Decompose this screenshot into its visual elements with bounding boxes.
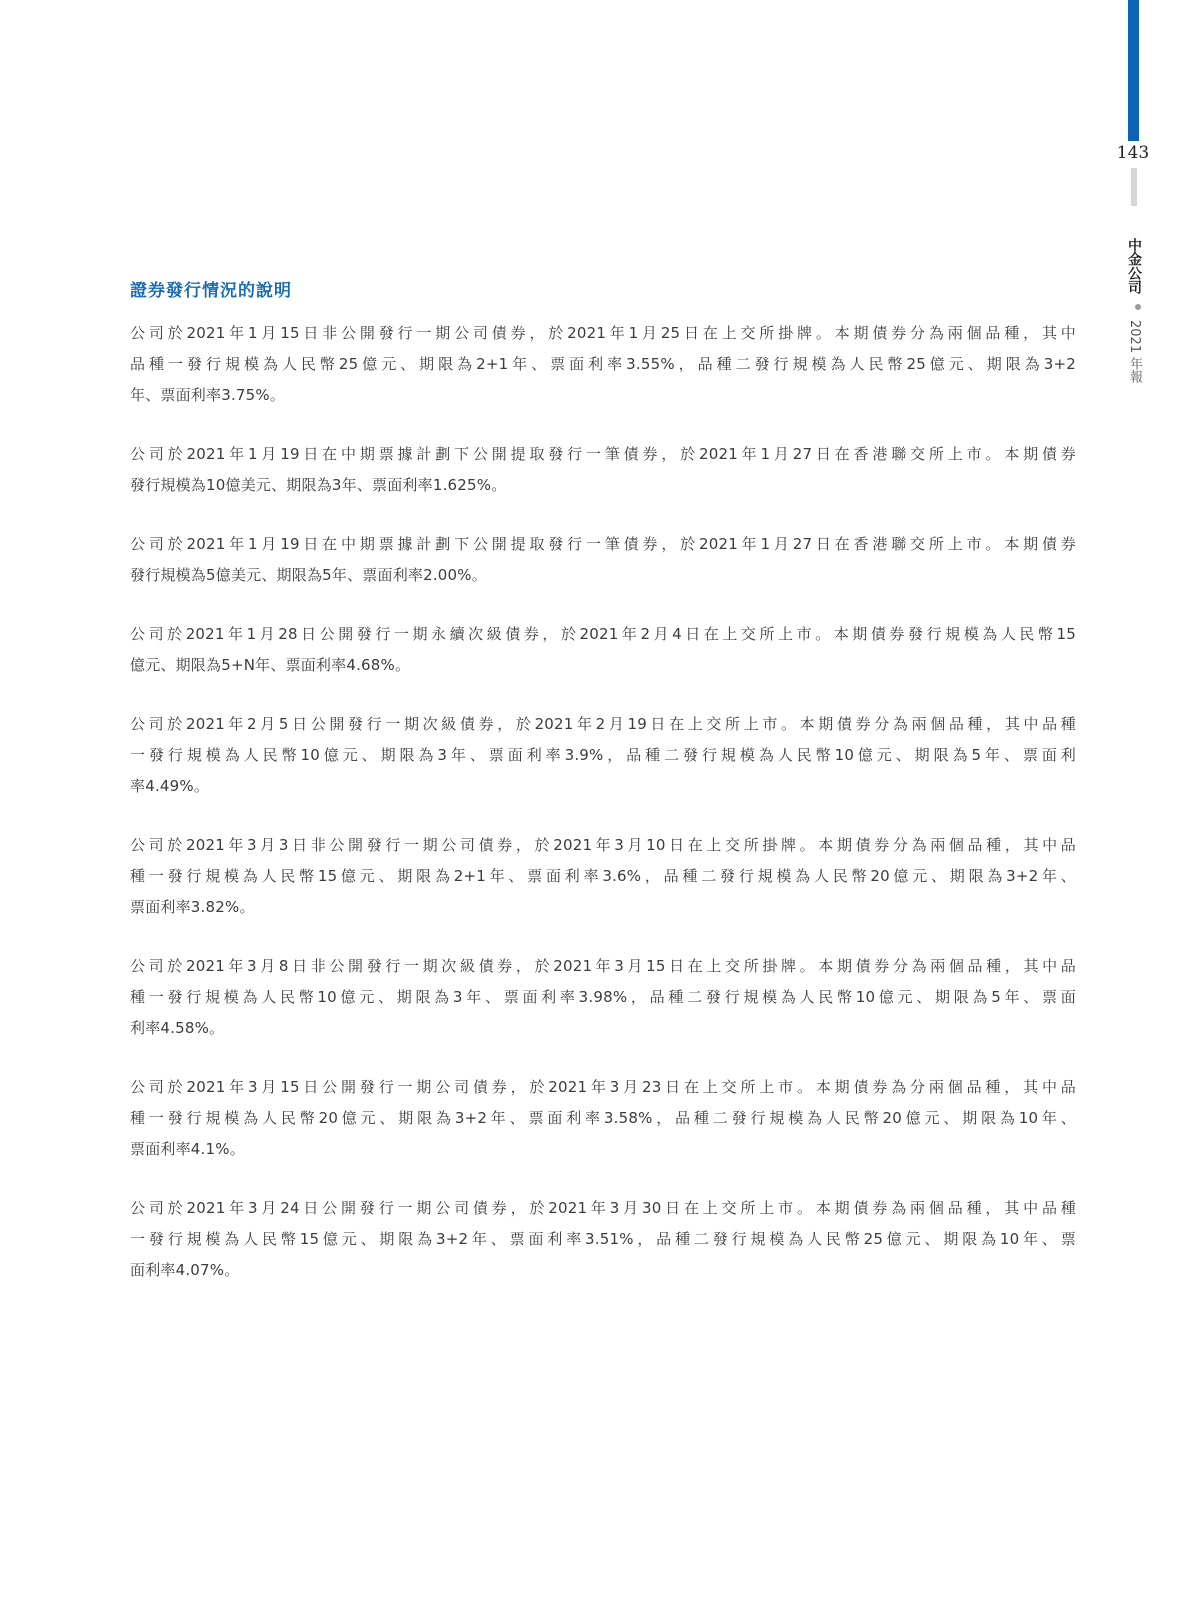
- paragraph-5: 公司於2021年2月5日公開發行一期次級債券，於2021年2月19日在上交所上市…: [130, 709, 1076, 802]
- paragraph-1: 公司於2021年1月15日非公開發行一期公司債券，於2021年1月25日在上交所…: [130, 318, 1076, 411]
- paragraph-line: 公司於2021年2月5日公開發行一期次級債券，於2021年2月19日在上交所上市…: [130, 709, 1076, 740]
- paragraph-line: 票面利率3.82%。: [130, 892, 1076, 923]
- paragraph-line: 公司於2021年3月15日公開發行一期公司債券，於2021年3月23日在上交所上…: [130, 1072, 1076, 1103]
- report-year: 2021 年報: [1127, 320, 1142, 383]
- paragraph-7: 公司於2021年3月8日非公開發行一期次級債券，於2021年3月15日在上交所掛…: [130, 951, 1076, 1044]
- section-heading: 證券發行情況的說明: [130, 278, 1076, 304]
- paragraph-line: 公司於2021年3月24日公開發行一期公司債券，於2021年3月30日在上交所上…: [130, 1193, 1076, 1224]
- paragraph-line: 種一發行規模為人民幣10億元、期限為3年、票面利率3.98%，品種二發行規模為人…: [130, 982, 1076, 1013]
- company-name: 中金公司: [1126, 238, 1142, 294]
- paragraph-line: 公司於2021年1月19日在中期票據計劃下公開提取發行一筆債券，於2021年1月…: [130, 439, 1076, 470]
- paragraph-line: 億元、期限為5+N年、票面利率4.68%。: [130, 650, 1076, 681]
- paragraph-line: 一發行規模為人民幣10億元、期限為3年、票面利率3.9%，品種二發行規模為人民幣…: [130, 740, 1076, 771]
- paragraph-line: 品種一發行規模為人民幣25億元、期限為2+1年、票面利率3.55%，品種二發行規…: [130, 349, 1076, 380]
- main-content: 證券發行情況的說明 公司於2021年1月15日非公開發行一期公司債券，於2021…: [130, 278, 1076, 1314]
- paragraph-9: 公司於2021年3月24日公開發行一期公司債券，於2021年3月30日在上交所上…: [130, 1193, 1076, 1286]
- paragraph-3: 公司於2021年1月19日在中期票據計劃下公開提取發行一筆債券，於2021年1月…: [130, 529, 1076, 591]
- running-head: 中金公司2021 年報: [1123, 238, 1145, 383]
- paragraph-line: 公司於2021年3月8日非公開發行一期次級債券，於2021年3月15日在上交所掛…: [130, 951, 1076, 982]
- paragraph-line: 年、票面利率3.75%。: [130, 380, 1076, 411]
- paragraph-line: 利率4.58%。: [130, 1013, 1076, 1044]
- paragraph-line: 發行規模為10億美元、期限為3年、票面利率1.625%。: [130, 470, 1076, 501]
- paragraph-line: 種一發行規模為人民幣20億元、期限為3+2年、票面利率3.58%，品種二發行規模…: [130, 1103, 1076, 1134]
- paragraph-2: 公司於2021年1月19日在中期票據計劃下公開提取發行一筆債券，於2021年1月…: [130, 439, 1076, 501]
- paragraph-line: 票面利率4.1%。: [130, 1134, 1076, 1165]
- paragraph-line: 種一發行規模為人民幣15億元、期限為2+1年、票面利率3.6%，品種二發行規模為…: [130, 861, 1076, 892]
- paragraph-8: 公司於2021年3月15日公開發行一期公司債券，於2021年3月23日在上交所上…: [130, 1072, 1076, 1165]
- paragraph-line: 公司於2021年3月3日非公開發行一期公司債券，於2021年3月10日在上交所掛…: [130, 830, 1076, 861]
- paragraph-4: 公司於2021年1月28日公開發行一期永續次級債券，於2021年2月4日在上交所…: [130, 619, 1076, 681]
- paragraph-line: 一發行規模為人民幣15億元、期限為3+2年、票面利率3.51%，品種二發行規模為…: [130, 1224, 1076, 1255]
- bullet-dot-icon: [1135, 304, 1141, 310]
- paragraph-line: 面利率4.07%。: [130, 1255, 1076, 1286]
- page-number: 143: [1104, 143, 1162, 163]
- paragraph-6: 公司於2021年3月3日非公開發行一期公司債券，於2021年3月10日在上交所掛…: [130, 830, 1076, 923]
- paragraph-line: 公司於2021年1月28日公開發行一期永續次級債券，於2021年2月4日在上交所…: [130, 619, 1076, 650]
- paragraph-line: 公司於2021年1月15日非公開發行一期公司債券，於2021年1月25日在上交所…: [130, 318, 1076, 349]
- paragraph-line: 公司於2021年1月19日在中期票據計劃下公開提取發行一筆債券，於2021年1月…: [130, 529, 1076, 560]
- paragraph-line: 發行規模為5億美元、期限為5年、票面利率2.00%。: [130, 560, 1076, 591]
- accent-bar: [1128, 0, 1139, 141]
- paragraph-line: 率4.49%。: [130, 771, 1076, 802]
- page-number-divider: [1131, 168, 1137, 206]
